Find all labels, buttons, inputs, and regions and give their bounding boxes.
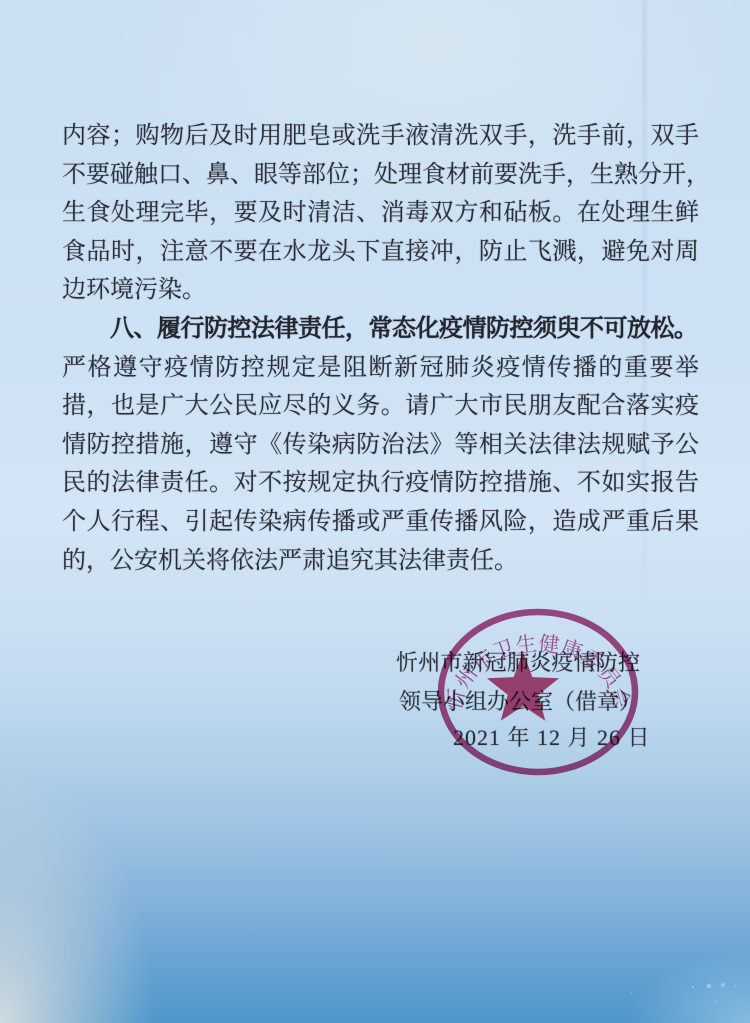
body-line: 不要碰触口、鼻、眼等部位；处理食材前要洗手，生熟分开， [62,156,699,195]
section-heading: 八、履行防控法律责任，常态化疫情防控须臾不可放松。 [62,310,699,349]
body-text: 内容；购物后及时用肥皂或洗手液清洗双手，洗手前，双手 不要碰触口、鼻、眼等部位；… [62,117,699,580]
signature-org-line1: 忻州市新冠肺炎疫情防控 [396,646,640,677]
body-line: 食品时，注意不要在水龙头下直接冲，防止飞溅，避免对周 [62,233,699,272]
corner-highlight [530,883,750,1023]
body-line: 内容；购物后及时用肥皂或洗手液清洗双手，洗手前，双手 [62,117,699,156]
body-line: 严格遵守疫情防控规定是阻断新冠肺炎疫情传播的重要举 [62,349,699,388]
signature-date: 2021 年 12 月 26 日 [453,721,651,752]
faint-marks [692,986,694,988]
body-line: 民的法律责任。对不按规定执行疫情防控措施、不如实报告 [62,464,699,503]
body-line: 生食处理完毕，要及时清洁、消毒双方和砧板。在处理生鲜 [62,194,699,233]
page-edge-light [0,730,220,1023]
body-line: 情防控措施，遵守《传染病防治法》等相关法律法规赋予公 [62,426,699,465]
body-line: 边环境污染。 [62,271,699,310]
body-line: 措，也是广大公民应尽的义务。请广大市民朋友配合落实疫 [62,387,699,426]
body-line: 个人行程、引起传染病传播或严重传播风险，造成严重后果 [62,503,699,542]
signature-org-line2: 领导小组办公室（借章） [399,685,635,716]
body-line: 的，公安机关将依法严肃追究其法律责任。 [62,542,699,581]
document-photo: 内容；购物后及时用肥皂或洗手液清洗双手，洗手前，双手 不要碰触口、鼻、眼等部位；… [0,0,750,1023]
